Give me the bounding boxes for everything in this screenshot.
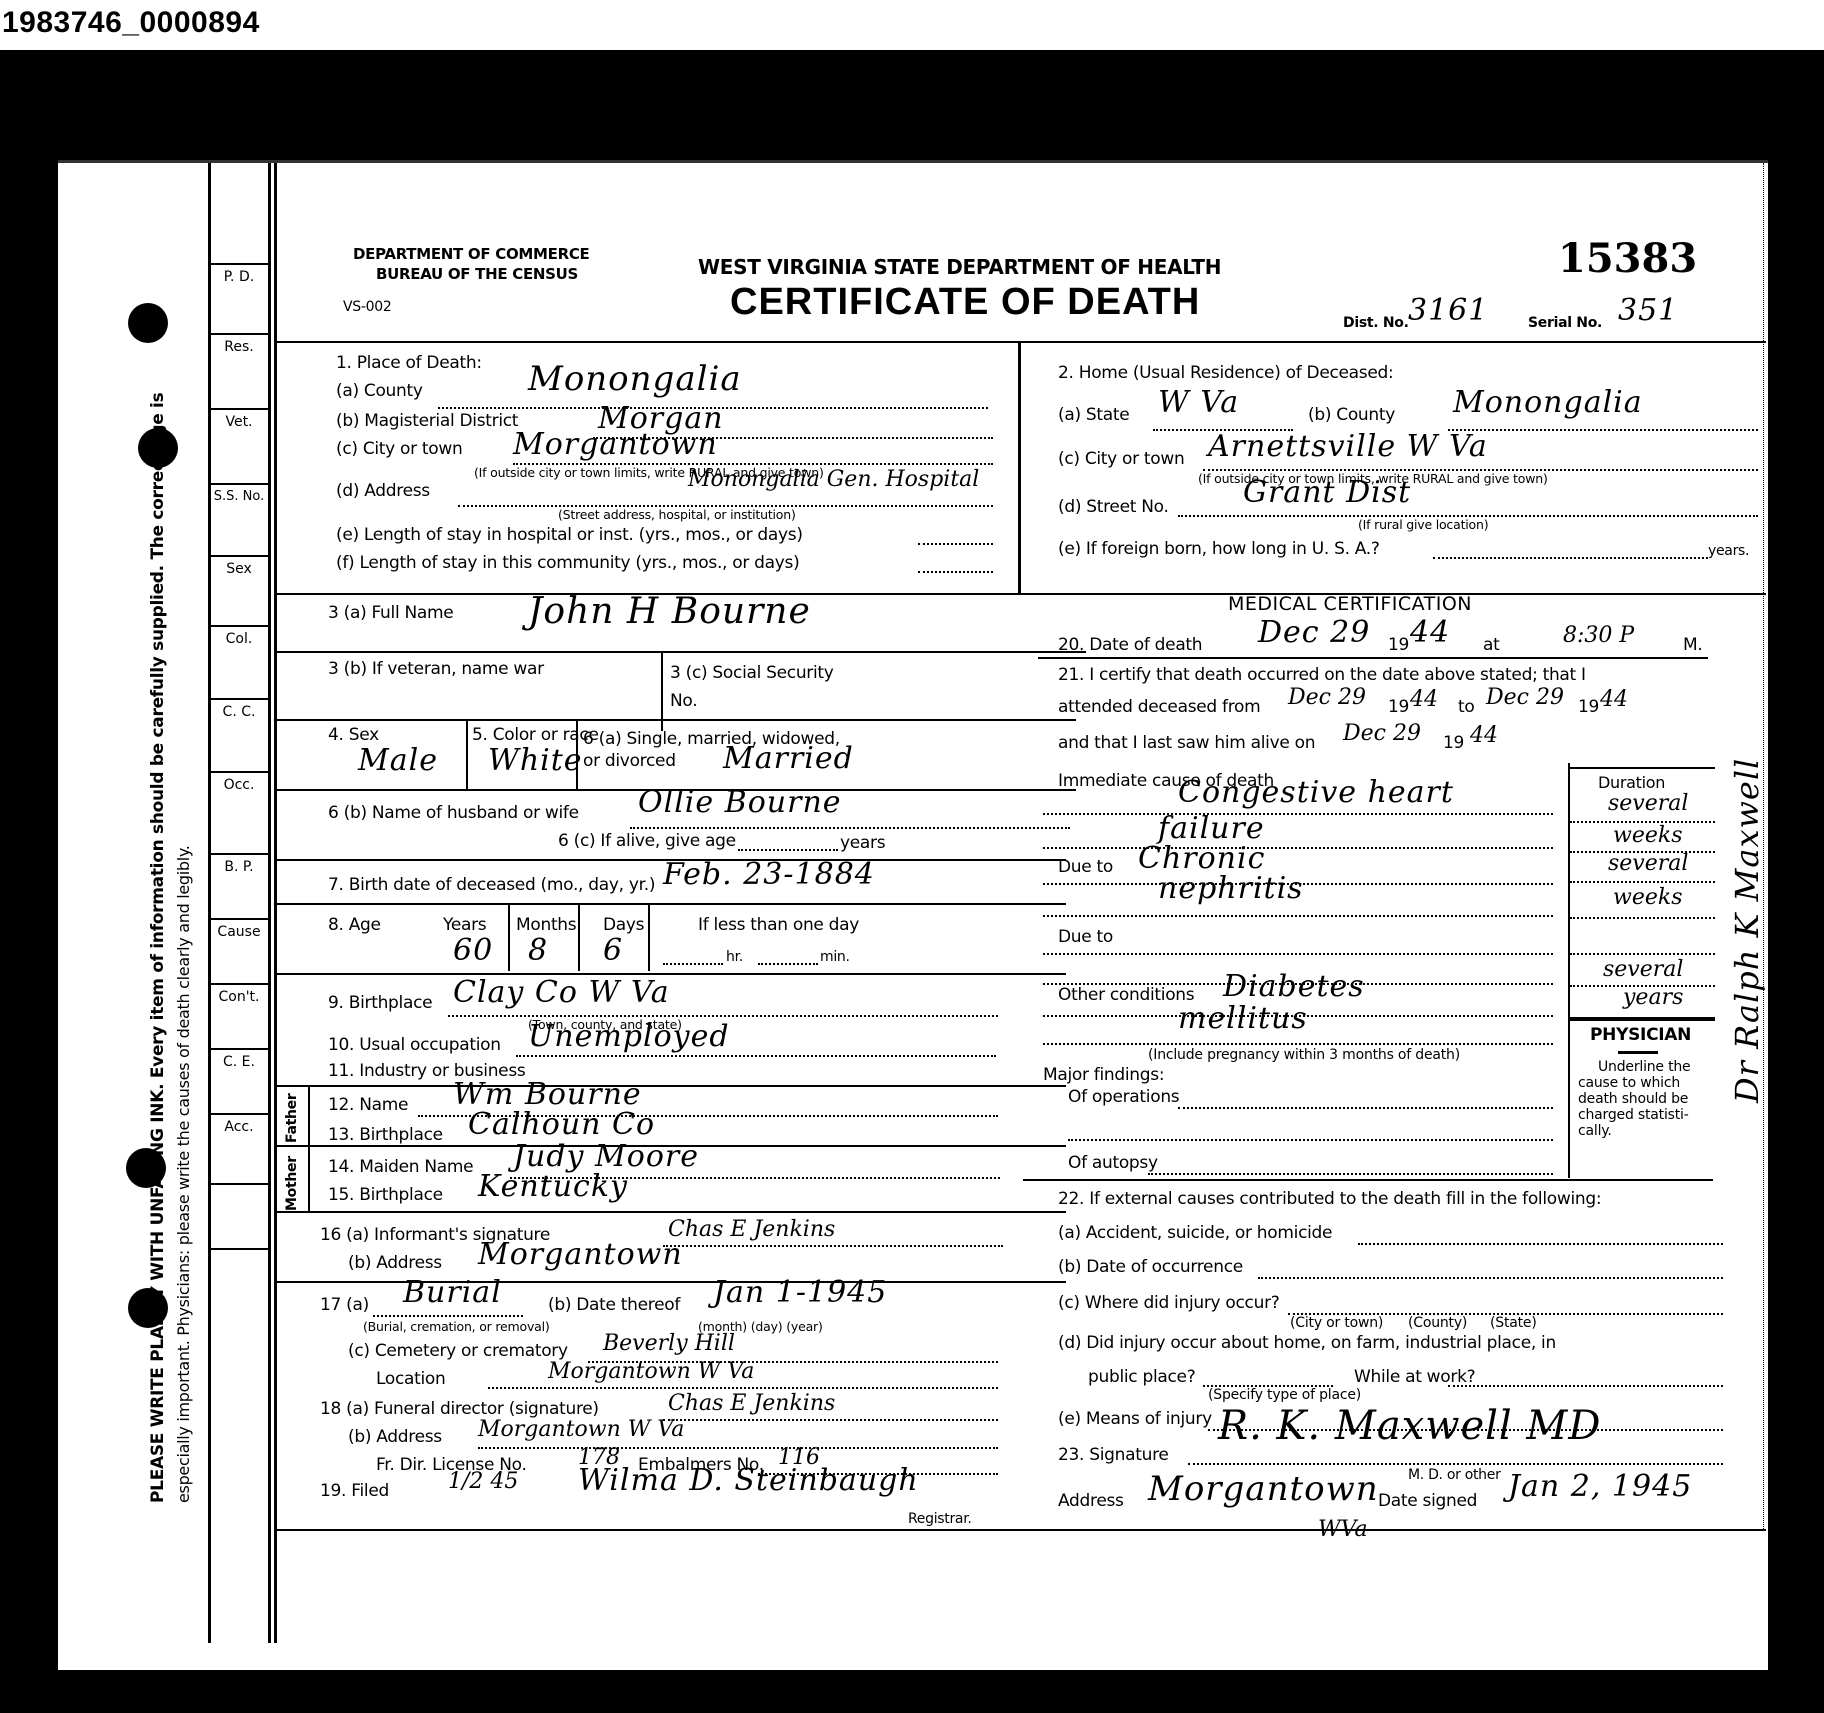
physician-note-1: Underline the: [1598, 1059, 1690, 1075]
duration-1: several: [1608, 791, 1688, 816]
death-year-prefix: 19: [1388, 635, 1409, 655]
operations-label: Of operations: [1068, 1087, 1179, 1107]
occupation-value: Unemployed: [528, 1019, 730, 1054]
where-note-city: (City or town): [1290, 1315, 1383, 1331]
location-value: Morgantown W Va: [548, 1359, 754, 1384]
serial-no-label: Serial No.: [1528, 315, 1602, 331]
registrar-signature: Wilma D. Steinbaugh: [578, 1463, 919, 1498]
last-seen-label: and that I last saw him alive on: [1058, 733, 1315, 753]
duration-6: several: [1603, 957, 1683, 982]
code-vet: Vet.: [210, 408, 268, 430]
code-blank-1: [210, 1183, 268, 1189]
res-street-label: (d) Street No.: [1058, 497, 1169, 517]
code-pd: P. D.: [210, 263, 268, 285]
other-conditions-label: Other conditions: [1058, 985, 1194, 1005]
father-name-label: 12. Name: [328, 1095, 408, 1115]
age-years-label: Years: [443, 915, 486, 935]
burial-method-label: 17 (a): [320, 1295, 369, 1315]
code-col: Col.: [210, 625, 268, 647]
res-county-value: Monongalia: [1453, 385, 1643, 420]
major-findings-label: Major findings:: [1043, 1065, 1164, 1085]
death-year-value: 44: [1410, 615, 1450, 650]
cert-address-value-2: WVa: [1318, 1517, 1368, 1542]
code-cont: Con't.: [210, 983, 268, 1005]
min-label: min.: [820, 949, 850, 965]
mother-birthplace-value: Kentucky: [478, 1169, 628, 1204]
age-days-label: Days: [603, 915, 644, 935]
father-birthplace-label: 13. Birthplace: [328, 1125, 443, 1145]
attended-to-year: 44: [1600, 687, 1628, 712]
public-place-label: public place?: [1088, 1367, 1195, 1387]
cert-address-value: Morgantown: [1148, 1469, 1379, 1509]
father-birthplace-value: Calhoun Co: [468, 1107, 655, 1142]
code-cc: C. C.: [210, 698, 268, 720]
where-note-state: (State): [1490, 1315, 1537, 1331]
full-name-label: 3 (a) Full Name: [328, 603, 453, 623]
spouse-age-suffix: years: [840, 833, 885, 853]
res-state-label: (a) State: [1058, 405, 1129, 425]
dept-line-2: BUREAU OF THE CENSUS: [376, 265, 578, 283]
margin-instruction-2: especially important. Physicians: please…: [174, 845, 193, 1503]
sidebar-border-right: [268, 163, 271, 1643]
last-seen-value: Dec 29: [1343, 721, 1421, 746]
code-res: Res.: [210, 333, 268, 355]
age-months-value: 8: [528, 933, 548, 968]
certify-line-1: 21. I certify that death occurred on the…: [1058, 665, 1586, 685]
birth-date-label: 7. Birth date of deceased (mo., day, yr.…: [328, 875, 655, 895]
divider: [276, 593, 1766, 595]
race-label: 5. Color or race: [472, 725, 599, 745]
occupation-label: 10. Usual occupation: [328, 1035, 501, 1055]
margin-instruction-1: PLEASE WRITE PLAINLY WITH UNFADING INK. …: [148, 393, 168, 1503]
last-seen-year: 44: [1470, 723, 1498, 748]
burial-method-note: (Burial, cremation, or removal): [363, 1319, 550, 1334]
external-heading: 22. If external causes contributed to th…: [1058, 1189, 1601, 1209]
pod-district-label: (b) Magisterial District: [336, 411, 518, 431]
spouse-value: Ollie Bourne: [638, 785, 842, 820]
column-divider: [1018, 343, 1021, 593]
physician-note-4: charged statisti-: [1578, 1107, 1689, 1123]
attended-from-year-prefix: 19: [1388, 697, 1409, 717]
other-conditions-1: Diabetes: [1223, 969, 1365, 1004]
physician-note-5: cally.: [1578, 1123, 1612, 1139]
physician-note-2: cause to which: [1578, 1075, 1680, 1091]
pod-address-note: (Street address, hospital, or institutio…: [558, 507, 796, 522]
physician-signature: R. K. Maxwell MD: [1218, 1403, 1601, 1449]
sex-label: 4. Sex: [328, 725, 379, 745]
birthplace-value: Clay Co W Va: [453, 975, 670, 1010]
filed-label: 19. Filed: [320, 1481, 389, 1501]
hr-label: hr.: [726, 949, 743, 965]
code-sex: Sex: [210, 555, 268, 577]
filed-value: 1/2 45: [448, 1469, 518, 1494]
birthplace-label: 9. Birthplace: [328, 993, 432, 1013]
burial-date-value: Jan 1-1945: [713, 1275, 887, 1310]
date-signed-value: Jan 2, 1945: [1508, 1469, 1692, 1504]
code-bp: B. P.: [210, 853, 268, 875]
accident-label: (a) Accident, suicide, or homicide: [1058, 1223, 1332, 1243]
attended-from-value: Dec 29: [1288, 685, 1366, 710]
burial-date-label: (b) Date thereof: [548, 1295, 680, 1315]
duration-label: Duration: [1598, 773, 1665, 792]
res-street-value: Grant Dist: [1243, 475, 1411, 510]
cemetery-label: (c) Cemetery or crematory: [348, 1341, 568, 1361]
due-to-label-2: Due to: [1058, 927, 1113, 947]
place-of-death-heading: 1. Place of Death:: [336, 353, 482, 373]
duration-4: weeks: [1613, 885, 1683, 910]
dept-line-1: DEPARTMENT OF COMMERCE: [353, 245, 590, 263]
informant-address-value: Morgantown: [478, 1237, 683, 1272]
m-label: M.: [1683, 635, 1702, 655]
code-acc: Acc.: [210, 1113, 268, 1135]
while-at-work-label: While at work?: [1354, 1367, 1475, 1387]
certificate-paper: PLEASE WRITE PLAINLY WITH UNFADING INK. …: [58, 160, 1768, 1670]
location-label: Location: [376, 1369, 446, 1389]
punch-hole-icon: [128, 303, 168, 343]
divider: [276, 341, 1766, 343]
attended-to-year-prefix: 19: [1578, 697, 1599, 717]
funeral-director-value: Chas E Jenkins: [668, 1391, 835, 1416]
due-to-label-1: Due to: [1058, 857, 1113, 877]
age-days-value: 6: [603, 933, 623, 968]
mother-name-label: 14. Maiden Name: [328, 1157, 473, 1177]
death-time-value: 8:30 P: [1563, 623, 1634, 648]
funeral-director-label: 18 (a) Funeral director (signature): [320, 1399, 599, 1419]
marital-label-2: or divorced: [583, 751, 676, 771]
dist-no-label: Dist. No.: [1343, 315, 1409, 331]
did-injury-label: (d) Did injury occur about home, on farm…: [1058, 1333, 1556, 1353]
attended-label: attended deceased from: [1058, 697, 1260, 717]
res-city-label: (c) City or town: [1058, 449, 1184, 469]
physician-label: PHYSICIAN: [1590, 1025, 1691, 1045]
cert-address-label: Address: [1058, 1491, 1124, 1511]
margin-physician-signature: Dr Ralph K Maxwell: [1728, 758, 1766, 1103]
duration-2: weeks: [1613, 823, 1683, 848]
cemetery-value: Beverly Hill: [603, 1331, 735, 1356]
informant-signature-value: Chas E Jenkins: [668, 1217, 835, 1242]
res-city-value: Arnettsville W Va: [1208, 429, 1488, 464]
duration-7: years: [1623, 985, 1683, 1010]
age-months-label: Months: [516, 915, 576, 935]
age-years-value: 60: [453, 933, 493, 968]
md-note: M. D. or other: [1408, 1467, 1501, 1483]
ssn-label-2: No.: [670, 691, 697, 711]
autopsy-label: Of autopsy: [1068, 1153, 1158, 1173]
attended-to-value: Dec 29: [1486, 685, 1564, 710]
sex-value: Male: [358, 743, 438, 778]
certificate-number: 15383: [1558, 235, 1697, 282]
pregnancy-note: (Include pregnancy within 3 months of de…: [1148, 1047, 1460, 1063]
age-less-label: If less than one day: [698, 915, 859, 935]
where-note-county: (County): [1408, 1315, 1467, 1331]
pod-stay-community-label: (f) Length of stay in this community (yr…: [336, 553, 799, 573]
pod-address-value: Monongalia Gen. Hospital: [688, 467, 979, 492]
code-ce: C. E.: [210, 1048, 268, 1070]
date-signed-label: Date signed: [1378, 1491, 1477, 1511]
birth-date-value: Feb. 23-1884: [663, 857, 875, 892]
registrar-label: Registrar.: [908, 1511, 972, 1527]
sidebar-border-left: [208, 163, 211, 1643]
veteran-label: 3 (b) If veteran, name war: [328, 659, 544, 679]
code-cause: Cause: [210, 918, 268, 940]
document-header-bar: 1983746_0000894: [0, 0, 1824, 50]
pod-county-value: Monongalia: [528, 359, 742, 399]
agency-name: WEST VIRGINIA STATE DEPARTMENT OF HEALTH: [698, 255, 1221, 279]
residence-heading: 2. Home (Usual Residence) of Deceased:: [1058, 363, 1393, 383]
code-occ: Occ.: [210, 771, 268, 793]
pod-county-label: (a) County: [336, 381, 423, 401]
serial-no-value: 351: [1618, 293, 1678, 328]
res-foreign-label: (e) If foreign born, how long in U. S. A…: [1058, 539, 1380, 559]
res-street-note: (If rural give location): [1358, 517, 1488, 532]
medical-heading: MEDICAL CERTIFICATION: [1228, 593, 1472, 615]
spouse-label: 6 (b) Name of husband or wife: [328, 803, 579, 823]
ssn-label: 3 (c) Social Security: [670, 663, 834, 683]
burial-method-value: Burial: [403, 1275, 502, 1310]
father-tag: Father: [284, 1094, 300, 1143]
race-value: White: [488, 743, 583, 778]
specify-note: (Specify type of place): [1208, 1387, 1361, 1403]
attended-from-year: 44: [1410, 687, 1438, 712]
at-label: at: [1483, 635, 1499, 655]
res-state-value: W Va: [1158, 385, 1239, 420]
res-foreign-suffix: years.: [1708, 543, 1749, 559]
res-county-label: (b) County: [1308, 405, 1395, 425]
code-ssno: S.S. No.: [210, 483, 268, 504]
immediate-cause-1: Congestive heart: [1178, 775, 1454, 810]
spouse-age-label: 6 (c) If alive, give age: [558, 831, 736, 851]
pod-city-label: (c) City or town: [336, 439, 462, 459]
code-blank-2: [210, 1248, 268, 1254]
signature-label: 23. Signature: [1058, 1445, 1169, 1465]
last-seen-year-prefix: 19: [1443, 733, 1464, 753]
pod-stay-hospital-label: (e) Length of stay in hospital or inst. …: [336, 525, 803, 545]
to-label: to: [1458, 697, 1474, 717]
occurrence-label: (b) Date of occurrence: [1058, 1257, 1243, 1277]
age-label: 8. Age: [328, 915, 381, 935]
funeral-address-label: (b) Address: [348, 1427, 442, 1447]
physician-note-3: death should be: [1578, 1091, 1688, 1107]
pod-city-value: Morgantown: [513, 427, 718, 462]
dist-no-value: 3161: [1408, 293, 1488, 328]
informant-address-label: (b) Address: [348, 1253, 442, 1273]
death-date-value: Dec 29: [1258, 615, 1370, 650]
means-label: (e) Means of injury: [1058, 1409, 1212, 1429]
certificate-title: CERTIFICATE OF DEATH: [730, 281, 1200, 324]
pod-address-label: (d) Address: [336, 481, 430, 501]
funeral-address-value: Morgantown W Va: [478, 1417, 684, 1442]
due-to-2: nephritis: [1158, 871, 1304, 906]
document-id: 1983746_0000894: [2, 6, 260, 40]
other-conditions-2: mellitus: [1178, 1001, 1308, 1036]
death-date-label: 20. Date of death: [1058, 635, 1202, 655]
mother-birthplace-label: 15. Birthplace: [328, 1185, 443, 1205]
where-label: (c) Where did injury occur?: [1058, 1293, 1279, 1313]
form-number: VS-002: [343, 299, 391, 315]
mother-tag: Mother: [284, 1156, 300, 1211]
full-name-value: John H Bourne: [528, 591, 811, 632]
duration-3: several: [1608, 851, 1688, 876]
marital-value: Married: [723, 741, 854, 776]
